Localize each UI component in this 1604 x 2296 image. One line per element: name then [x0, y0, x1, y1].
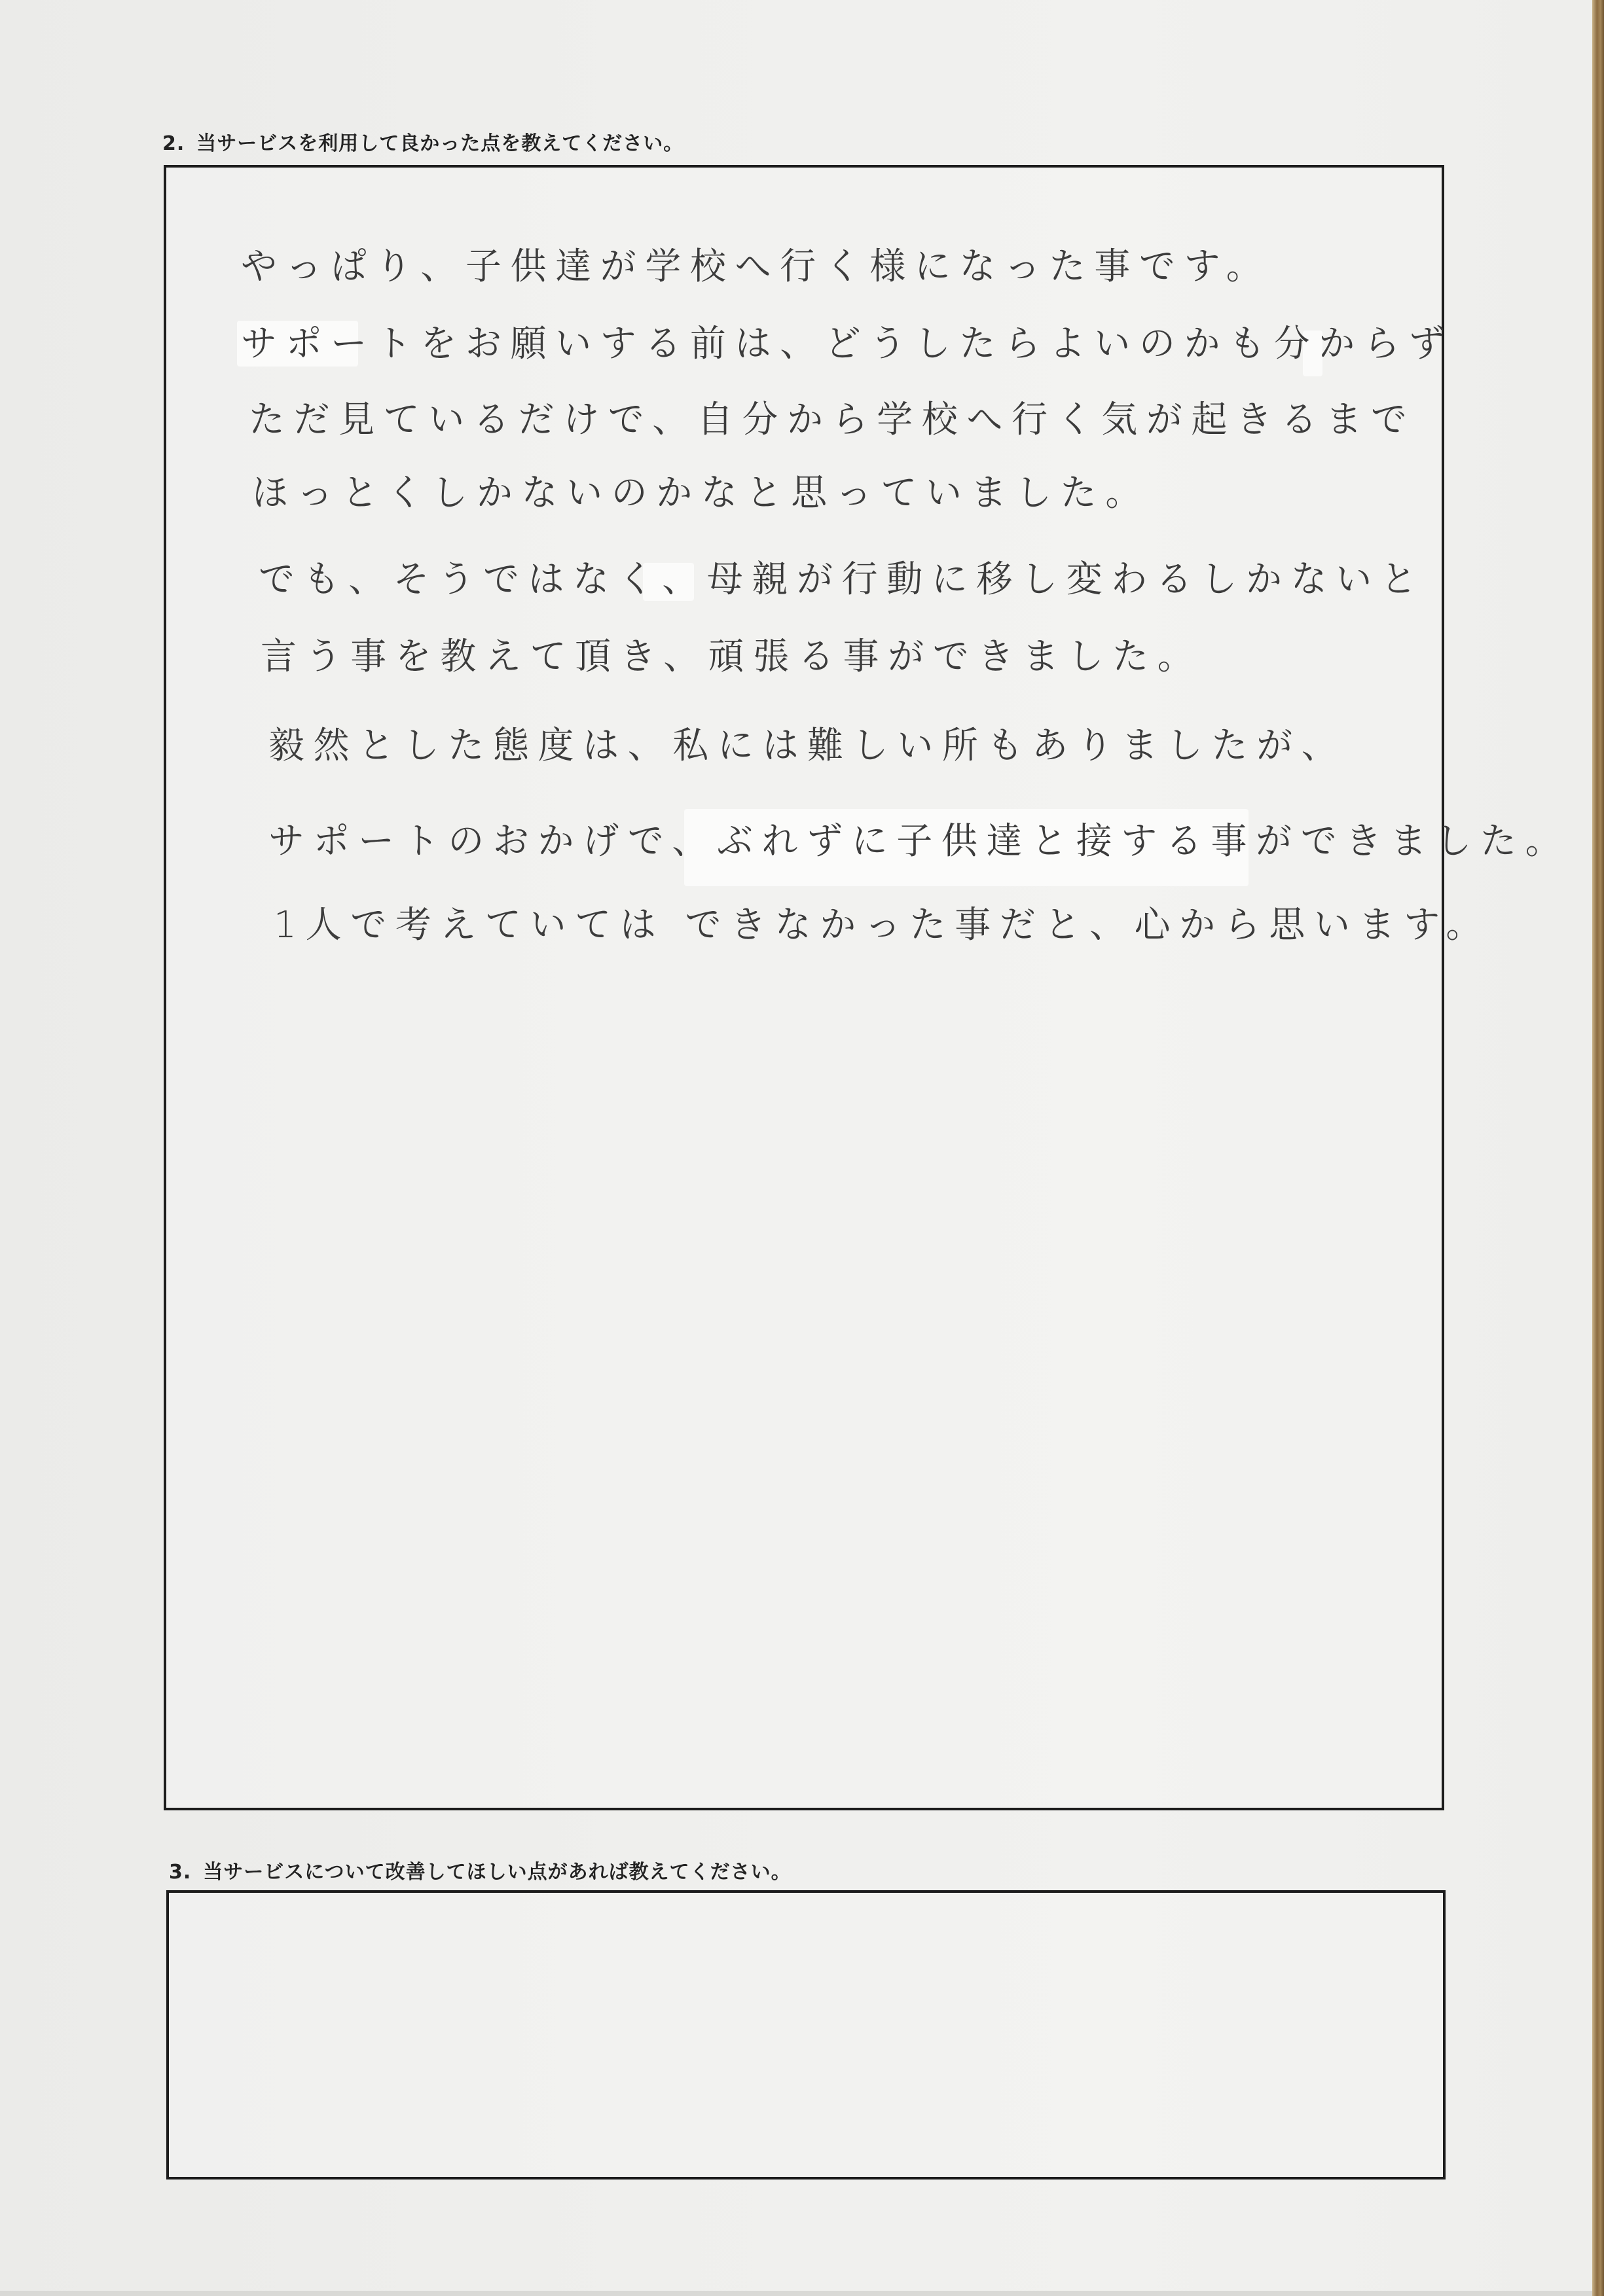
question-2-number: 2. [162, 132, 185, 155]
answer-line: 毅然とした態度は、私には難しい所もありましたが、 [268, 728, 1346, 764]
question-3-text: 当サービスについて改善してほしい点があれば教えてください。 [203, 1861, 791, 1884]
answer-line: やっぱり、子供達が学校へ行く様になった事です。 [241, 249, 1271, 285]
question-2-heading: 2.当サービスを利用して良かった点を教えてください。 [162, 127, 684, 156]
answer-line: 言う事を教えて頂き、頑張る事ができました。 [261, 639, 1202, 675]
answer-line: ただ見ているだけで、自分から学校へ行く気が起きるまで [249, 402, 1416, 439]
survey-page: 2.当サービスを利用して良かった点を教えてください。 やっぱり、子供達が学校へ行… [0, 0, 1592, 2291]
answer-line: ほっとくしかないのかなと思っていました。 [252, 475, 1150, 512]
question-3-number: 3. [169, 1861, 191, 1884]
answer-line: 1人で考えていては できなかった事だと、心から思います。 [274, 907, 1491, 944]
answer-line: でも、そうではなく、母親が行動に移し変わるしかないと [259, 562, 1426, 598]
answer-box-3[interactable] [166, 1890, 1446, 2179]
page-bottom-edge [0, 2291, 1592, 2296]
answer-line: サポートのおかげで、ぶれずに子供達と接する事ができました。 [268, 823, 1570, 860]
question-3-heading: 3.当サービスについて改善してほしい点があれば教えてください。 [169, 1856, 792, 1884]
question-2-text: 当サービスを利用して良かった点を教えてください。 [196, 132, 684, 155]
desk-edge [1592, 0, 1604, 2296]
answer-line: サポートをお願いする前は、どうしたらよいのかも分からず [241, 326, 1453, 363]
